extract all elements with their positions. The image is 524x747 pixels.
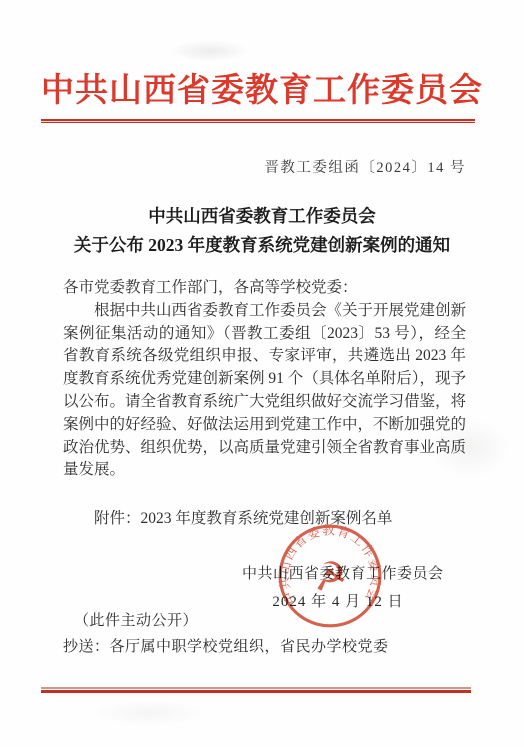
cc-line: 抄送：各厅属中职学校党组织，省民办学校党委 — [63, 635, 389, 656]
document-title-line2: 关于公布 2023 年度教育系统党建创新案例的通知 — [0, 231, 524, 260]
letterhead-double-rule — [41, 119, 475, 123]
scan-smudge — [90, 700, 210, 726]
doc-reference-number: 晋教工委组函〔2024〕14 号 — [264, 156, 466, 177]
document-title-line1: 中共山西省委教育工作委员会 — [0, 202, 524, 231]
salutation-line: 各市党委教育工作部门，各高等学校党委： — [63, 277, 466, 300]
signature-date: 2024 年 4 月 12 日 — [242, 590, 434, 611]
document-body: 各市党委教育工作部门，各高等学校党委： 根据中共山西省委教育工作委员会《关于开展… — [63, 277, 466, 531]
scan-smudge — [170, 40, 250, 62]
attachment-line: 附件：2023 年度教育系统党建创新案例名单 — [63, 508, 466, 531]
footer-rule-thick-line — [41, 690, 471, 693]
footer-rule — [41, 687, 471, 693]
body-paragraph: 根据中共山西省委教育工作委员会《关于开展党建创新案例征集活动的通知》（晋教工委组… — [63, 300, 466, 482]
signature-org-name: 中共山西省委教育工作委员会 — [242, 562, 434, 583]
official-document-page: 中共山西省委教育工作委员会 晋教工委组函〔2024〕14 号 中共山西省委教育工… — [0, 0, 524, 747]
document-title: 中共山西省委教育工作委员会 关于公布 2023 年度教育系统党建创新案例的通知 — [0, 202, 524, 260]
letterhead-org-title: 中共山西省委教育工作委员会 — [0, 64, 524, 111]
disclosure-note: （此件主动公开） — [74, 609, 198, 630]
signature-block: 中共山西省委教育工作委员会 2024 年 4 月 12 日 — [242, 562, 434, 611]
